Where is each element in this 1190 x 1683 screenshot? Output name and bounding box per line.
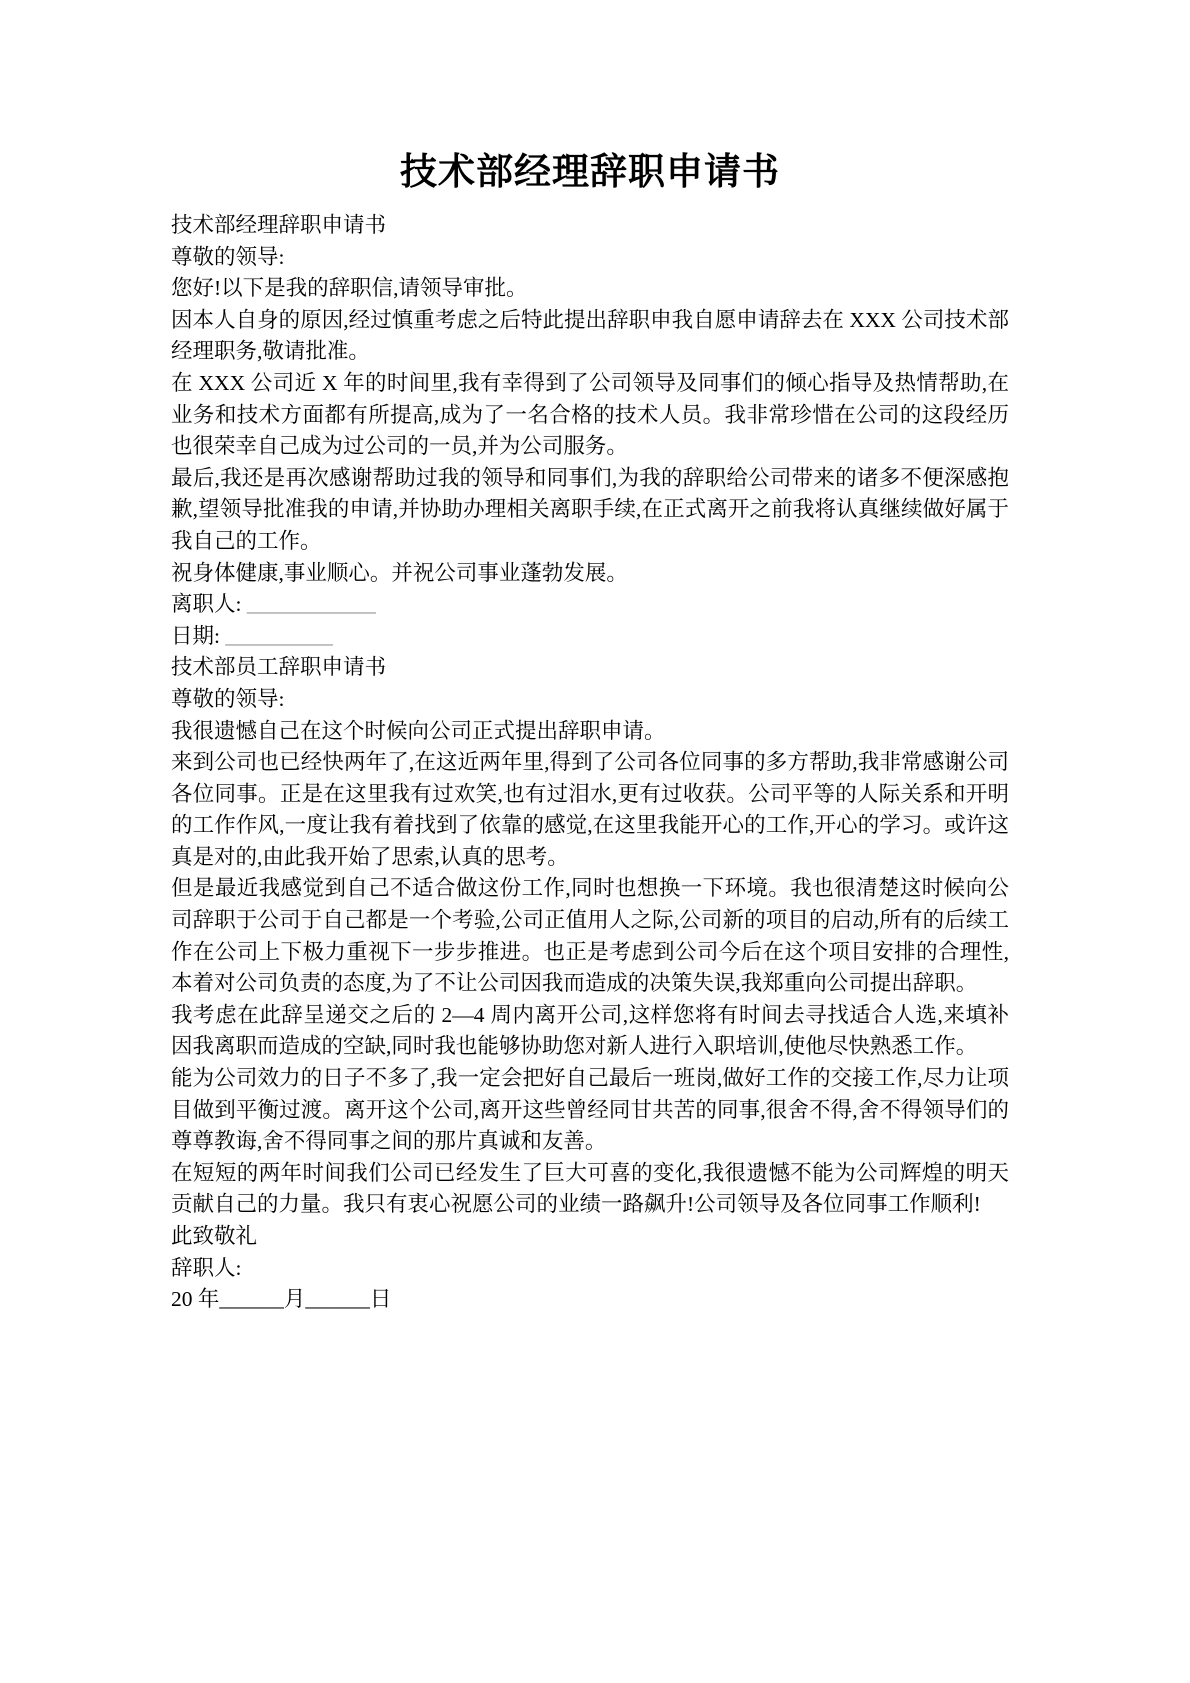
signature-underline: ____________ xyxy=(247,592,376,616)
paragraph: 但是最近我感觉到自己不适合做这份工作,同时也想换一下环境。我也很清楚这时候向公司… xyxy=(171,873,1009,999)
paragraph: 20 年______月______日 xyxy=(171,1284,1009,1316)
paragraph: 我很遗憾自己在这个时候向公司正式提出辞职申请。 xyxy=(171,716,1009,748)
text-run: 最后,我还是再次感谢帮助过我的领导和同事们,为我的辞职给公司带来的诸多不便深感抱… xyxy=(171,466,1009,553)
text-run: 20 年______月______日 xyxy=(171,1287,391,1311)
paragraph: 最后,我还是再次感谢帮助过我的领导和同事们,为我的辞职给公司带来的诸多不便深感抱… xyxy=(171,463,1009,558)
text-run: 能为公司效力的日子不多了,我一定会把好自己最后一班岗,做好工作的交接工作,尽力让… xyxy=(171,1066,1009,1153)
text-run: 在 XXX 公司近 X 年的时间里,我有幸得到了公司领导及同事们的倾心指导及热情… xyxy=(171,371,1009,458)
paragraph: 日期: __________ xyxy=(171,621,1009,653)
text-run: 技术部经理辞职申请书 xyxy=(171,213,386,237)
paragraph: 在 XXX 公司近 X 年的时间里,我有幸得到了公司领导及同事们的倾心指导及热情… xyxy=(171,368,1009,463)
document-title: 技术部经理辞职申请书 xyxy=(171,146,1009,200)
text-run: 尊敬的领导: xyxy=(171,687,284,711)
paragraph: 离职人: ____________ xyxy=(171,589,1009,621)
text-run: 祝身体健康,事业顺心。并祝公司事业蓬勃发展。 xyxy=(171,561,628,585)
paragraph: 来到公司也已经快两年了,在这近两年里,得到了公司各位同事的多方帮助,我非常感谢公… xyxy=(171,747,1009,873)
text-run: 我很遗憾自己在这个时候向公司正式提出辞职申请。 xyxy=(171,719,666,743)
document: 技术部经理辞职申请书 技术部经理辞职申请书尊敬的领导:您好!以下是我的辞职信,请… xyxy=(171,146,1009,1316)
text-run: 辞职人: xyxy=(171,1256,241,1280)
text-run: 在短短的两年时间我们公司已经发生了巨大可喜的变化,我很遗憾不能为公司辉煌的明天贡… xyxy=(171,1161,1009,1217)
paragraph: 祝身体健康,事业顺心。并祝公司事业蓬勃发展。 xyxy=(171,558,1009,590)
text-run: 我考虑在此辞呈递交之后的 2—4 周内离开公司,这样您将有时间去寻找适合人选,来… xyxy=(171,1003,1009,1059)
paragraph: 尊敬的领导: xyxy=(171,242,1009,274)
text-run: 离职人: xyxy=(171,592,247,616)
text-run: 尊敬的领导: xyxy=(171,245,284,269)
text-run: 但是最近我感觉到自己不适合做这份工作,同时也想换一下环境。我也很清楚这时候向公司… xyxy=(171,876,1009,995)
paragraph: 技术部经理辞职申请书 xyxy=(171,210,1009,242)
paragraph: 辞职人: xyxy=(171,1253,1009,1285)
text-run: 此致敬礼 xyxy=(171,1224,257,1248)
text-run: 技术部员工辞职申请书 xyxy=(171,655,386,679)
paragraph: 技术部员工辞职申请书 xyxy=(171,652,1009,684)
text-run: 因本人自身的原因,经过慎重考虑之后特此提出辞职申我自愿申请辞去在 XXX 公司技… xyxy=(171,308,1009,364)
paragraph: 尊敬的领导: xyxy=(171,684,1009,716)
text-run: 日期: xyxy=(171,624,225,648)
paragraph: 能为公司效力的日子不多了,我一定会把好自己最后一班岗,做好工作的交接工作,尽力让… xyxy=(171,1063,1009,1158)
text-run: 您好!以下是我的辞职信,请领导审批。 xyxy=(171,276,528,300)
document-page: 技术部经理辞职申请书 技术部经理辞职申请书尊敬的领导:您好!以下是我的辞职信,请… xyxy=(0,0,1190,1683)
document-body: 技术部经理辞职申请书尊敬的领导:您好!以下是我的辞职信,请领导审批。因本人自身的… xyxy=(171,210,1009,1316)
paragraph: 因本人自身的原因,经过慎重考虑之后特此提出辞职申我自愿申请辞去在 XXX 公司技… xyxy=(171,305,1009,368)
text-run: 来到公司也已经快两年了,在这近两年里,得到了公司各位同事的多方帮助,我非常感谢公… xyxy=(171,750,1009,869)
paragraph: 在短短的两年时间我们公司已经发生了巨大可喜的变化,我很遗憾不能为公司辉煌的明天贡… xyxy=(171,1158,1009,1221)
paragraph: 您好!以下是我的辞职信,请领导审批。 xyxy=(171,273,1009,305)
paragraph: 我考虑在此辞呈递交之后的 2—4 周内离开公司,这样您将有时间去寻找适合人选,来… xyxy=(171,1000,1009,1063)
signature-underline: __________ xyxy=(225,624,333,648)
paragraph: 此致敬礼 xyxy=(171,1221,1009,1253)
